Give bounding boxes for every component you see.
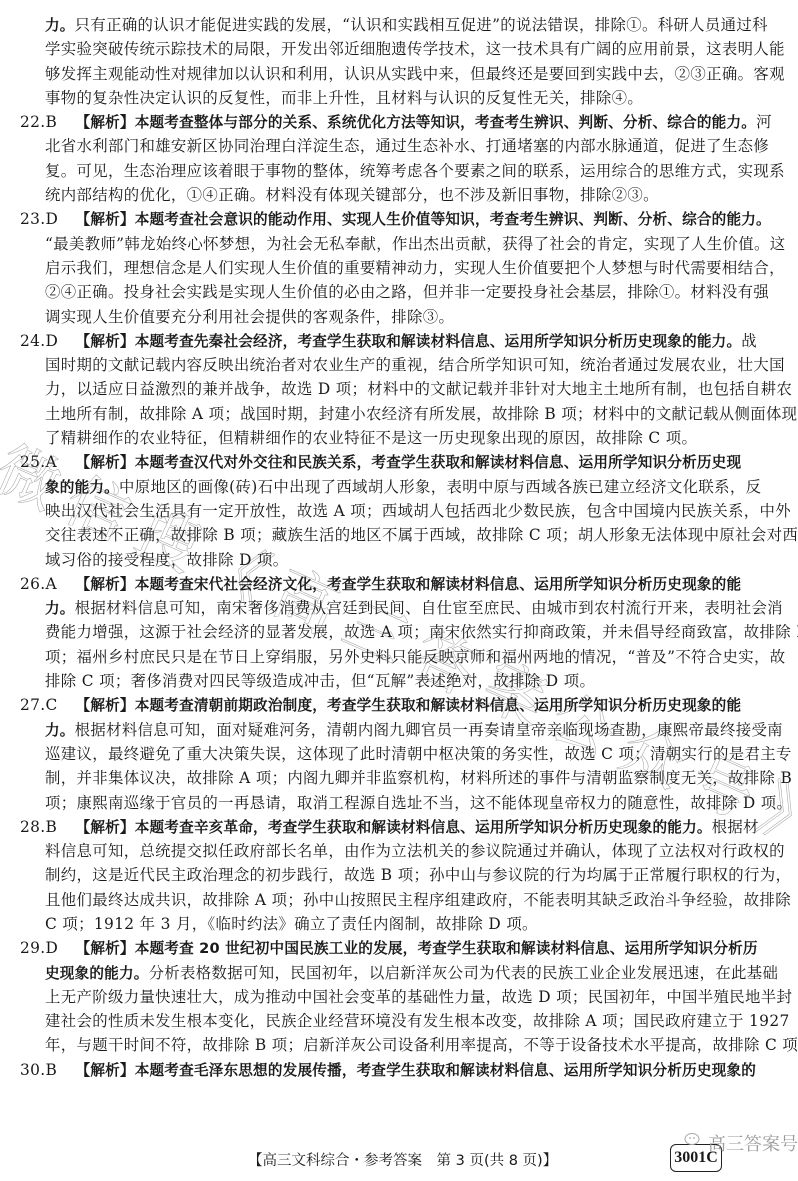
text-line: ②④正确。投身社会实践是实现人生价值的必由之路，但并非一定要投身社会基层，排除①…: [20, 280, 780, 304]
text-line: 北省水利部门和雄安新区协同治理白洋淀生态，通过生态补水、打通堵塞的内部水脉通道，…: [20, 134, 780, 158]
answer-item-30: 30.B【解析】本题考查毛泽东思想的发展传播，考查学生获取和解读材料信息、运用所…: [20, 1058, 780, 1082]
text-line: 排除 C 项；奢侈消费对四民等级造成冲击，但“瓦解”表述绝对，故排除 D 项。: [20, 669, 780, 693]
answer-letter: D: [46, 936, 76, 960]
text-line: 复。可见，生态治理应该着眼于事物的整体，统筹考虑各个要素之间的联系，运用综合的思…: [20, 159, 780, 183]
answer-letter: A: [46, 450, 76, 474]
answer-key-page: 微信搜《高三答案公众号》 力。只有正确的认识才能促进实践的发展，“认识和实践相互…: [0, 0, 798, 1181]
answer-letter: A: [46, 572, 76, 596]
continuation-block: 力。只有正确的认识才能促进实践的发展，“认识和实践相互促进”的说法错误，排除①。…: [20, 13, 780, 110]
answer-item-22: 22.B【解析】本题考查整体与部分的关系、系统优化方法等知识，考查考生辨识、判断…: [20, 110, 780, 207]
text-line: 制约，这是近代民主政治理念的初步践行，故选 B 项；孙中山与参议院的行为均属于正…: [20, 863, 780, 887]
answer-heading: 23.D【解析】本题考查社会意识的能动作用、实现人生价值等知识，考查考生辨识、判…: [20, 207, 780, 231]
answer-item-23: 23.D【解析】本题考查社会意识的能动作用、实现人生价值等知识，考查考生辨识、判…: [20, 207, 780, 328]
answer-letter: D: [46, 329, 76, 353]
answer-letter: B: [46, 110, 76, 134]
text-line: “最美教师”韩龙始终心怀梦想，为社会无私奉献，作出杰出贡献，获得了社会的肯定，实…: [20, 232, 780, 256]
question-number: 27.: [20, 696, 46, 714]
answer-letter: D: [46, 207, 76, 231]
text-line: 史现象的能力。分析表格数据可知，民国初年，以启新洋灰公司为代表的民族工业企业发展…: [20, 961, 780, 985]
text-line: 域习俗的接受程度，故排除 D 项。: [20, 548, 780, 572]
text-line: 力。根据材料信息可知，南宋奢侈消费从宫廷到民间、自仕宦至庶民、由城市到农村流行开…: [20, 596, 780, 620]
answer-heading: 30.B【解析】本题考查毛泽东思想的发展传播，考查学生获取和解读材料信息、运用所…: [20, 1058, 780, 1082]
text-line: 启示我们，理想信念是人们实现人生价值的重要精神动力，实现人生价值要把个人梦想与时…: [20, 256, 780, 280]
answer-item-24: 24.D【解析】本题考查先秦社会经济，考查学生获取和解读材料信息、运用所学知识分…: [20, 329, 780, 450]
question-number: 23.: [20, 210, 46, 228]
text-line: C 项；1912 年 3 月，《临时约法》确立了责任内阁制，故排除 D 项。: [20, 912, 780, 936]
corner-watermark: 高三答案号: [708, 1130, 798, 1156]
question-number: 22.: [20, 113, 46, 131]
text-line: 且他们最终达成共识，故排除 A 项；孙中山按照民主程序组建政府，不能表明其缺乏政…: [20, 888, 780, 912]
answer-heading: 29.D【解析】本题考查 20 世纪初中国民族工业的发展，考查学生获取和解读材料…: [20, 936, 780, 960]
answer-heading: 24.D【解析】本题考查先秦社会经济，考查学生获取和解读材料信息、运用所学知识分…: [20, 329, 780, 353]
text-line: 学实验突破传统示踪技术的局限，开发出邻近细胞遗传学技术，这一技术具有广阔的应用前…: [20, 37, 780, 61]
text-line: 调实现人生价值要充分利用社会提供的客观条件，排除③。: [20, 305, 780, 329]
text-line: 建社会的性质未发生根本变化，民族企业经营环境没有发生根本改变，故排除 A 项；国…: [20, 1009, 780, 1033]
answer-item-28: 28.B【解析】本题考查辛亥革命，考查学生获取和解读材料信息、运用所学知识分析历…: [20, 815, 780, 936]
text-line: 土地所有制，故排除 A 项；战国时期，封建小农经济有所发展，故排除 B 项；材料…: [20, 402, 780, 426]
page-label: 【高三文科综合・参考答案 第 3 页(共 8 页)】: [248, 1149, 557, 1170]
text-line: 费能力增强，这源于社会经济的显著发展，故选 A 项；南宋依然实行抑商政策，并未倡…: [20, 620, 780, 644]
answer-letter: B: [46, 1058, 76, 1082]
text-line: 料信息可知，总统提交拟任政府部长名单，由作为立法机关的参议院通过并确认，体现了立…: [20, 839, 780, 863]
text-line: 国时期的文献记载内容反映出统治者对农业生产的重视，结合所学知识可知，统治者通过发…: [20, 353, 780, 377]
question-number: 29.: [20, 939, 46, 957]
answer-content: 力。只有正确的认识才能促进实践的发展，“认识和实践相互促进”的说法错误，排除①。…: [20, 13, 780, 1082]
answer-heading: 22.B【解析】本题考查整体与部分的关系、系统优化方法等知识，考查考生辨识、判断…: [20, 110, 780, 134]
text-line: 上无产阶级力量快速壮大，成为推动中国社会变革的基础性力量，故选 D 项；民国初年…: [20, 985, 780, 1009]
text-line: 了精耕细作的农业特征，但精耕细作的农业特征不是这一历史现象出现的原因，故排除 C…: [20, 426, 780, 450]
text-line: 映出汉代社会生活具有一定开放性，故选 A 项；西域胡人包括西北少数民族，包含中国…: [20, 499, 780, 523]
text-line: 力。只有正确的认识才能促进实践的发展，“认识和实践相互促进”的说法错误，排除①。…: [20, 13, 780, 37]
question-number: 25.: [20, 453, 46, 471]
text-line: 项；福州乡村庶民只是在节日上穿绢服，另外史料只能反映京师和福州两地的情况，“普及…: [20, 645, 780, 669]
wechat-icon: [683, 1132, 705, 1146]
answer-item-29: 29.D【解析】本题考查 20 世纪初中国民族工业的发展，考查学生获取和解读材料…: [20, 936, 780, 1057]
answer-item-26: 26.A【解析】本题考查宋代社会经济文化，考查学生获取和解读材料信息、运用所学知…: [20, 572, 780, 693]
text-line: 象的能力。中原地区的画像(砖)石中出现了西域胡人形象，表明中原与西域各族已建立经…: [20, 475, 780, 499]
text-line: 交往表述不正确，故排除 B 项；藏族生活的地区不属于西域，故排除 C 项；胡人形…: [20, 523, 780, 547]
text-line: 力。根据材料信息可知，面对疑难河务，清朝内阁九卿官员一再奏请皇帝亲临现场查勘，康…: [20, 718, 780, 742]
text-line: 力，以适应日益激烈的兼并战争，故选 D 项；材料中的文献记载并非针对大地主土地所…: [20, 377, 780, 401]
question-number: 28.: [20, 818, 46, 836]
text-line: 年，与题干时间不符，故排除 B 项；启新洋灰公司设备利用率提高，不等于设备技术水…: [20, 1033, 780, 1057]
question-number: 26.: [20, 575, 46, 593]
question-number: 30.: [20, 1061, 46, 1079]
answer-heading: 28.B【解析】本题考查辛亥革命，考查学生获取和解读材料信息、运用所学知识分析历…: [20, 815, 780, 839]
text-line: 巡建议，最终避免了重大决策失误，这体现了此时清朝中枢决策的务实性，故选 C 项；…: [20, 742, 780, 766]
text-line: 够发挥主观能动性对规律加以认识和利用，认识从实践中来，但最终还是要回到实践中去，…: [20, 62, 780, 86]
answer-heading: 25.A【解析】本题考查汉代对外交往和民族关系，考查学生获取和解读材料信息、运用…: [20, 450, 780, 474]
answer-heading: 27.C【解析】本题考查清朝前期政治制度，考查学生获取和解读材料信息、运用所学知…: [20, 693, 780, 717]
text-line: 制，并非集体议决，故排除 A 项；内阁九卿并非监察机构，材料所述的事件与清朝监察…: [20, 766, 780, 790]
text-line: 统内部结构的优化，①④正确。材料没有体现关键部分，也不涉及新旧事物，排除②③。: [20, 183, 780, 207]
text-line: 项；康熙南巡缘于官员的一再恳请，取消工程源自选址不当，这不能体现皇帝权力的随意性…: [20, 791, 780, 815]
answer-heading: 26.A【解析】本题考查宋代社会经济文化，考查学生获取和解读材料信息、运用所学知…: [20, 572, 780, 596]
answer-letter: B: [46, 815, 76, 839]
answer-item-27: 27.C【解析】本题考查清朝前期政治制度，考查学生获取和解读材料信息、运用所学知…: [20, 693, 780, 814]
text-line: 事物的复杂性决定认识的反复性，而非上升性，且材料与认识的反复性无关，排除④。: [20, 86, 780, 110]
answer-item-25: 25.A【解析】本题考查汉代对外交往和民族关系，考查学生获取和解读材料信息、运用…: [20, 450, 780, 571]
question-number: 24.: [20, 332, 46, 350]
answer-letter: C: [46, 693, 76, 717]
